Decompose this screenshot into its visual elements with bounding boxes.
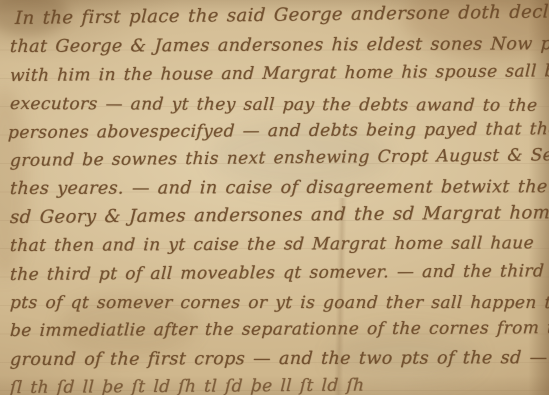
manuscript-line: pts of qt somever cornes or yt is goand …	[7, 289, 545, 317]
manuscript-line: the third pt of all moveables qt somever…	[7, 257, 545, 289]
manuscript-line-partial: ſl th ſd ll þe ſt ld ſh tl ſd þe ll ſt l…	[7, 370, 545, 395]
manuscript-line: ground be sownes this next enshewing Cro…	[7, 141, 545, 175]
manuscript-line: be immediatlie after the separationne of…	[7, 314, 545, 345]
manuscript-line: with him in the house and Margrat home h…	[7, 57, 545, 90]
manuscript-line: In the first place the said George ander…	[7, 0, 545, 33]
manuscript-text-block: In the first place the said George ander…	[8, 5, 545, 395]
manuscript-line: that then and in yt caise the sd Margrat…	[7, 229, 545, 260]
manuscript-line: sd Geory & James andersones and the sd M…	[7, 199, 545, 232]
manuscript-line: ground of the first crops — and the two …	[7, 344, 545, 374]
manuscript-page: In the first place the said George ander…	[0, 0, 549, 395]
